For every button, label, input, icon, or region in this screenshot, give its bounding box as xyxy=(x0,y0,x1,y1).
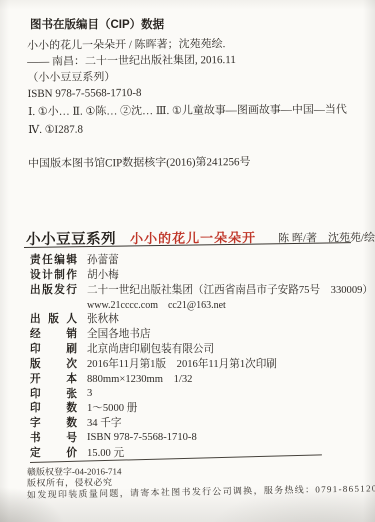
table-row-edition: 版次 2016年11月第1版 2016年11月第1次印刷 xyxy=(30,356,365,371)
table-row-distribution: 经销 全国各地书店 xyxy=(30,326,365,341)
table-row-publisher: 出版发行 二十一世纪出版社集团（江西省南昌市子安路75号 330009） xyxy=(30,282,365,297)
table-row-isbn: 书号 ISBN 978-7-5568-1710-8 xyxy=(30,430,365,445)
row-value: 张秋林 xyxy=(87,311,119,326)
row-value: 北京尚唐印刷包装有限公司 xyxy=(87,341,214,356)
row-label: 设计制作 xyxy=(30,267,77,282)
book-copyright-page: 图书在版编目（CIP）数据 小小的花儿一朵朵开 / 陈晖著；沈苑苑绘. —— 南… xyxy=(0,0,375,522)
row-label: 字数 xyxy=(30,415,77,430)
cip-header: 图书在版编目（CIP）数据 xyxy=(30,16,164,32)
row-value: 3 xyxy=(87,388,92,399)
row-label: 出版人 xyxy=(30,311,77,326)
copyright-footer: 赣版权登字-04-2016-714 版权所有，侵权必究 如发现印装质量问题，请寄… xyxy=(27,467,375,501)
row-label: 出版发行 xyxy=(30,282,77,297)
row-label: 印数 xyxy=(30,400,77,415)
table-row-sheets: 印张 3 xyxy=(30,386,365,401)
table-row-designer: 设计制作 胡小梅 xyxy=(30,267,365,282)
table-row-website: www.21cccc.com cc21@163.net xyxy=(30,297,365,312)
cip-isbn: ISBN 978-7-5568-1710-8 xyxy=(27,84,236,102)
row-value-website: www.21cccc.com cc21@163.net xyxy=(87,296,226,311)
row-value: 二十一世纪出版社集团（江西省南昌市子安路75号 330009） xyxy=(87,282,373,297)
row-label: 责任编辑 xyxy=(30,252,77,267)
row-value: 2016年11月第1版 2016年11月第1次印刷 xyxy=(87,356,277,371)
table-row-print-run: 印数 1～5000 册 xyxy=(30,400,365,415)
table-row-format: 开本 880mm×1230mm 1/32 xyxy=(30,371,365,386)
row-label: 经销 xyxy=(30,326,77,341)
row-value: 880mm×1230mm 1/32 xyxy=(87,371,192,386)
cip-publisher-statement: —— 南昌：二十一世纪出版社集团, 2016.11 xyxy=(27,52,236,70)
publication-info-table: 责任编辑 孙蕾蕾 设计制作 胡小梅 出版发行 二十一世纪出版社集团（江西省南昌市… xyxy=(30,252,365,460)
table-row-publisher-person: 出版人 张秋林 xyxy=(30,311,365,326)
table-row-printer: 印刷 北京尚唐印刷包装有限公司 xyxy=(30,341,365,356)
row-value: 34 千字 xyxy=(87,415,121,430)
cip-classification-line-2: Ⅳ. ①I287.8 xyxy=(28,119,347,139)
table-row-word-count: 字数 34 千字 xyxy=(30,415,365,430)
cip-block: 小小的花儿一朵朵开 / 陈晖著；沈苑苑绘. —— 南昌：二十一世纪出版社集团, … xyxy=(27,36,236,102)
cip-classification-block: Ⅰ. ①小… Ⅱ. ①陈… ②沈… Ⅲ. ①儿童故事—图画故事—中国—当代 Ⅳ.… xyxy=(28,101,347,139)
row-value: 胡小梅 xyxy=(87,267,119,282)
row-label: 开本 xyxy=(30,371,77,386)
row-label: 书号 xyxy=(30,430,77,445)
cip-record-number: 中国版本图书馆CIP数据核字(2016)第241256号 xyxy=(28,153,251,171)
cip-classification-line-1: Ⅰ. ①小… Ⅱ. ①陈… ②沈… Ⅲ. ①儿童故事—图画故事—中国—当代 xyxy=(28,101,347,121)
row-value: 15.00 元 xyxy=(87,445,124,460)
row-value: ISBN 978-7-5568-1710-8 xyxy=(87,432,197,443)
row-value: 全国各地书店 xyxy=(87,326,151,341)
row-value: 1～5000 册 xyxy=(87,400,137,415)
row-label: 定价 xyxy=(30,445,77,460)
table-row-editor: 责任编辑 孙蕾蕾 xyxy=(30,252,365,267)
row-label: 印张 xyxy=(30,386,77,401)
row-label: 版次 xyxy=(30,356,77,371)
row-label: 印刷 xyxy=(30,341,77,356)
row-value: 孙蕾蕾 xyxy=(87,252,119,267)
